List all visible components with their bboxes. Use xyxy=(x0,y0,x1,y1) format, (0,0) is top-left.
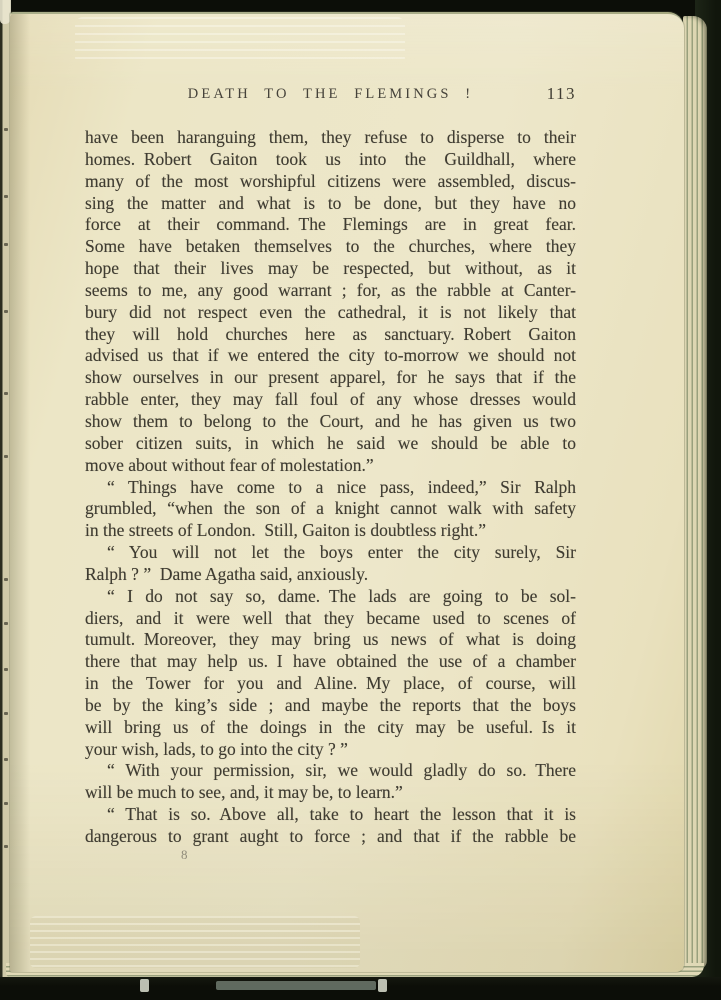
text-line: Some have betaken themselves to the chur… xyxy=(85,236,576,258)
text-line: move about without fear of molestation.” xyxy=(85,455,576,477)
book-scan-scene: DEATH TO THE FLEMINGS ! 113 have been ha… xyxy=(0,0,721,1000)
bleedthrough-mark xyxy=(4,712,8,715)
bottom-cover-band xyxy=(0,977,721,1000)
bleedthrough-mark xyxy=(4,802,8,805)
text-line: rabble enter, they may fall foul of any … xyxy=(85,389,576,411)
paragraph: “ With your permission, sir, we would gl… xyxy=(85,760,576,804)
text-line: be by the king’s side ; and maybe the re… xyxy=(85,695,576,717)
text-line: “ Things have come to a nice pass, indee… xyxy=(85,477,576,499)
bleedthrough-mark xyxy=(4,195,8,198)
text-line: in the Tower for you and Aline. My place… xyxy=(85,673,576,695)
book-page: DEATH TO THE FLEMINGS ! 113 have been ha… xyxy=(10,12,684,972)
bleedthrough-mark xyxy=(4,668,8,671)
page-edge-striations-bottom xyxy=(30,916,360,968)
text-line: tumult. Moreover, they may bring us news… xyxy=(85,629,576,651)
text-block: DEATH TO THE FLEMINGS ! 113 have been ha… xyxy=(85,86,576,848)
text-line: “ I do not say so, dame. The lads are go… xyxy=(85,586,576,608)
text-line: sing the matter and what is to be done, … xyxy=(85,193,576,215)
text-line: dangerous to grant aught to force ; and … xyxy=(85,826,576,848)
bleedthrough-mark xyxy=(4,128,8,131)
page-header: DEATH TO THE FLEMINGS ! 113 xyxy=(85,86,576,108)
text-line: have been haranguing them, they refuse t… xyxy=(85,127,576,149)
text-line: show them to belong to the Court, and he… xyxy=(85,411,576,433)
text-line: “ That is so. Above all, take to heart t… xyxy=(85,804,576,826)
bleedthrough-mark xyxy=(4,455,8,458)
text-line: will be much to see, and, it may be, to … xyxy=(85,782,576,804)
text-line: “ You will not let the boys enter the ci… xyxy=(85,542,576,564)
text-line: “ With your permission, sir, we would gl… xyxy=(85,760,576,782)
text-line: force at their command. The Flemings are… xyxy=(85,214,576,236)
paragraph: “ I do not say so, dame. The lads are go… xyxy=(85,586,576,761)
page-edge-striations-top xyxy=(75,17,405,65)
binding-tick-mark xyxy=(378,979,387,992)
paragraph: “ You will not let the boys enter the ci… xyxy=(85,542,576,586)
bleedthrough-mark xyxy=(4,243,8,246)
paragraph: “ Things have come to a nice pass, indee… xyxy=(85,477,576,543)
text-line: diers, and it were well that they became… xyxy=(85,608,576,630)
text-line: sober citizen suits, in which he said we… xyxy=(85,433,576,455)
binding-tick-mark xyxy=(140,979,149,992)
text-line: many of the most worshipful citizens wer… xyxy=(85,171,576,193)
text-line: advised us that if we entered the city t… xyxy=(85,345,576,367)
text-line: they will hold churches here as sanctuar… xyxy=(85,324,576,346)
paragraph: “ That is so. Above all, take to heart t… xyxy=(85,804,576,848)
right-page-edges xyxy=(683,16,707,970)
text-line: in the streets of London. Still, Gaiton … xyxy=(85,520,576,542)
text-line: grumbled, “when the son of a knight cann… xyxy=(85,498,576,520)
left-page-edge-strip xyxy=(0,0,10,1000)
page-number: 113 xyxy=(547,84,576,104)
text-line: there that may help us. I have obtained … xyxy=(85,651,576,673)
bleedthrough-mark xyxy=(4,310,8,313)
text-line: your wish, lads, to go into the city ? ” xyxy=(85,739,576,761)
page-body: have been haranguing them, they refuse t… xyxy=(85,127,576,848)
bleedthrough-mark xyxy=(4,845,8,848)
text-line: bury did not respect even the cathedral,… xyxy=(85,302,576,324)
bleedthrough-mark xyxy=(4,578,8,581)
paragraph: have been haranguing them, they refuse t… xyxy=(85,127,576,477)
binding-gray-bar xyxy=(216,981,376,990)
text-line: Ralph ? ” Dame Agatha said, anxiously. xyxy=(85,564,576,586)
text-line: seems to me, any good warrant ; for, as … xyxy=(85,280,576,302)
running-head: DEATH TO THE FLEMINGS ! xyxy=(85,86,576,103)
text-line: homes. Robert Gaiton took us into the Gu… xyxy=(85,149,576,171)
bleedthrough-mark xyxy=(4,392,8,395)
bleedthrough-mark xyxy=(4,622,8,625)
signature-mark: 8 xyxy=(181,847,188,862)
text-line: show ourselves in our present apparel, f… xyxy=(85,367,576,389)
text-line: will bring us of the doings in the city … xyxy=(85,717,576,739)
text-line: hope that their lives may be respected, … xyxy=(85,258,576,280)
bleedthrough-mark xyxy=(4,758,8,761)
